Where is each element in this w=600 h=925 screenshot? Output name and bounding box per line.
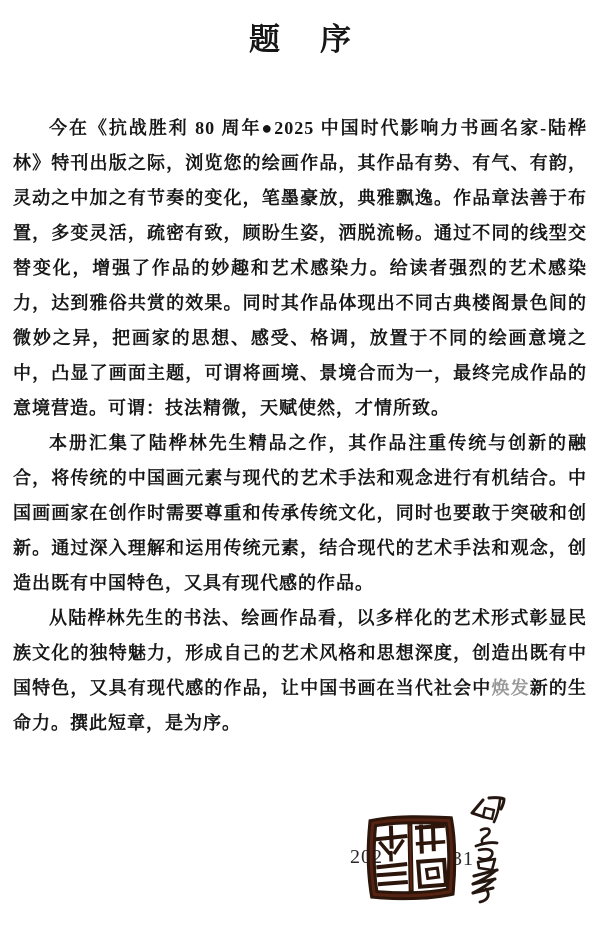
- paragraph-1-text: 今在《抗战胜利 80 周年●2025 中国时代影响力书画名家-陆桦林》特刊出版之…: [13, 118, 587, 418]
- signature-block: 202 31: [0, 780, 600, 925]
- artist-seal-stamp-icon: [363, 812, 460, 901]
- paragraph-3-faded-text: 焕发: [491, 678, 529, 698]
- paragraph-2: 本册汇集了陆桦林先生精品之作，其作品注重传统与创新的融合，将传统的中国画元素与现…: [13, 426, 587, 601]
- paragraph-1: 今在《抗战胜利 80 周年●2025 中国时代影响力书画名家-陆桦林》特刊出版之…: [13, 111, 587, 426]
- page-title: 题 序: [0, 14, 600, 59]
- paragraph-2-text: 本册汇集了陆桦林先生精品之作，其作品注重传统与创新的融合，将传统的中国画元素与现…: [13, 433, 587, 593]
- paragraph-3: 从陆桦林先生的书法、绘画作品看，以多样化的艺术形式彰显民族文化的独特魅力，形成自…: [13, 601, 587, 741]
- handwritten-signature-icon: [466, 794, 510, 906]
- preface-body: 今在《抗战胜利 80 周年●2025 中国时代影响力书画名家-陆桦林》特刊出版之…: [13, 111, 587, 741]
- title-char-2: 序: [320, 14, 351, 59]
- preface-page: 题 序 今在《抗战胜利 80 周年●2025 中国时代影响力书画名家-陆桦林》特…: [0, 0, 600, 925]
- title-char-1: 题: [249, 14, 280, 59]
